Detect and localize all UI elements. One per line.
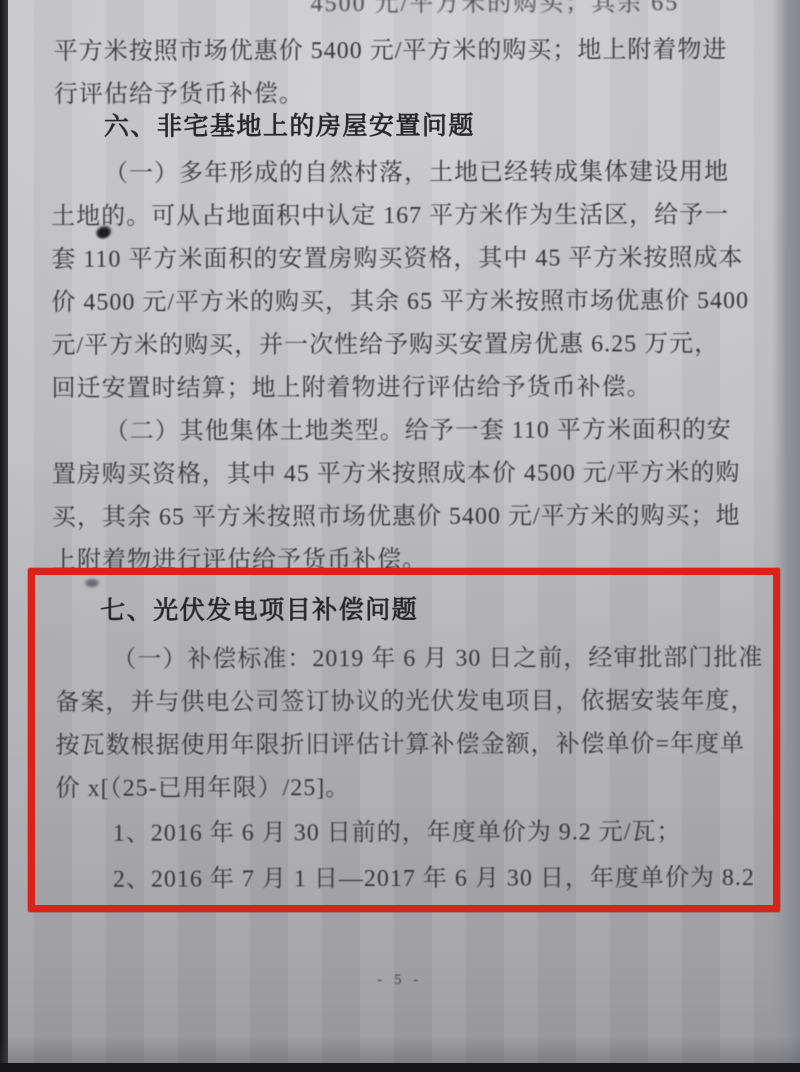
section-6-para-1-line-2: 土地的。可从占地面积中认定 167 平方米作为生活区，给予一 <box>51 194 729 231</box>
section-6-para-2-line-1: （二）其他集体土地类型。给予一套 110 平方米面积的安 <box>105 409 732 446</box>
red-annotation-box <box>28 568 780 912</box>
section-6-para-2-line-3: 买，其余 65 平方米按照市场优惠价 5400 元/平方米的购买；地 <box>52 495 741 532</box>
section-6-para-1-line-4: 价 4500 元/平方米的购买，其余 65 平方米按照市场优惠价 5400 <box>51 280 749 317</box>
section-6-para-2-line-2: 置房购买资格，其中 45 平方米按照成本价 4500 元/平方米的购 <box>52 452 741 489</box>
page-number: - 5 - <box>377 972 422 989</box>
intro-line-2: 行评估给予货币补偿。 <box>54 73 304 109</box>
section-6-para-1-line-3: 套 110 平方米面积的安置房购买资格，其中 45 平方米按照成本 <box>51 237 743 274</box>
section-6-heading: 六、非宅基地上的房屋安置问题 <box>104 106 475 143</box>
intro-line-1: 平方米按照市场优惠价 5400 元/平方米的购买；地上附着物进 <box>54 29 728 66</box>
section-6-para-1-line-5: 元/平方米的购买，并一次性给予购买安置房优惠 6.25 万元， <box>51 323 719 360</box>
clipped-top-line: 4500 元/平方米的购买；其余 65 <box>311 0 680 18</box>
section-6-para-1-line-1: （一）多年形成的自然村落，土地已经转成集体建设用地 <box>104 151 729 188</box>
section-6-para-1-line-6: 回迁安置时结算；地上附着物进行评估给予货币补偿。 <box>52 366 652 403</box>
